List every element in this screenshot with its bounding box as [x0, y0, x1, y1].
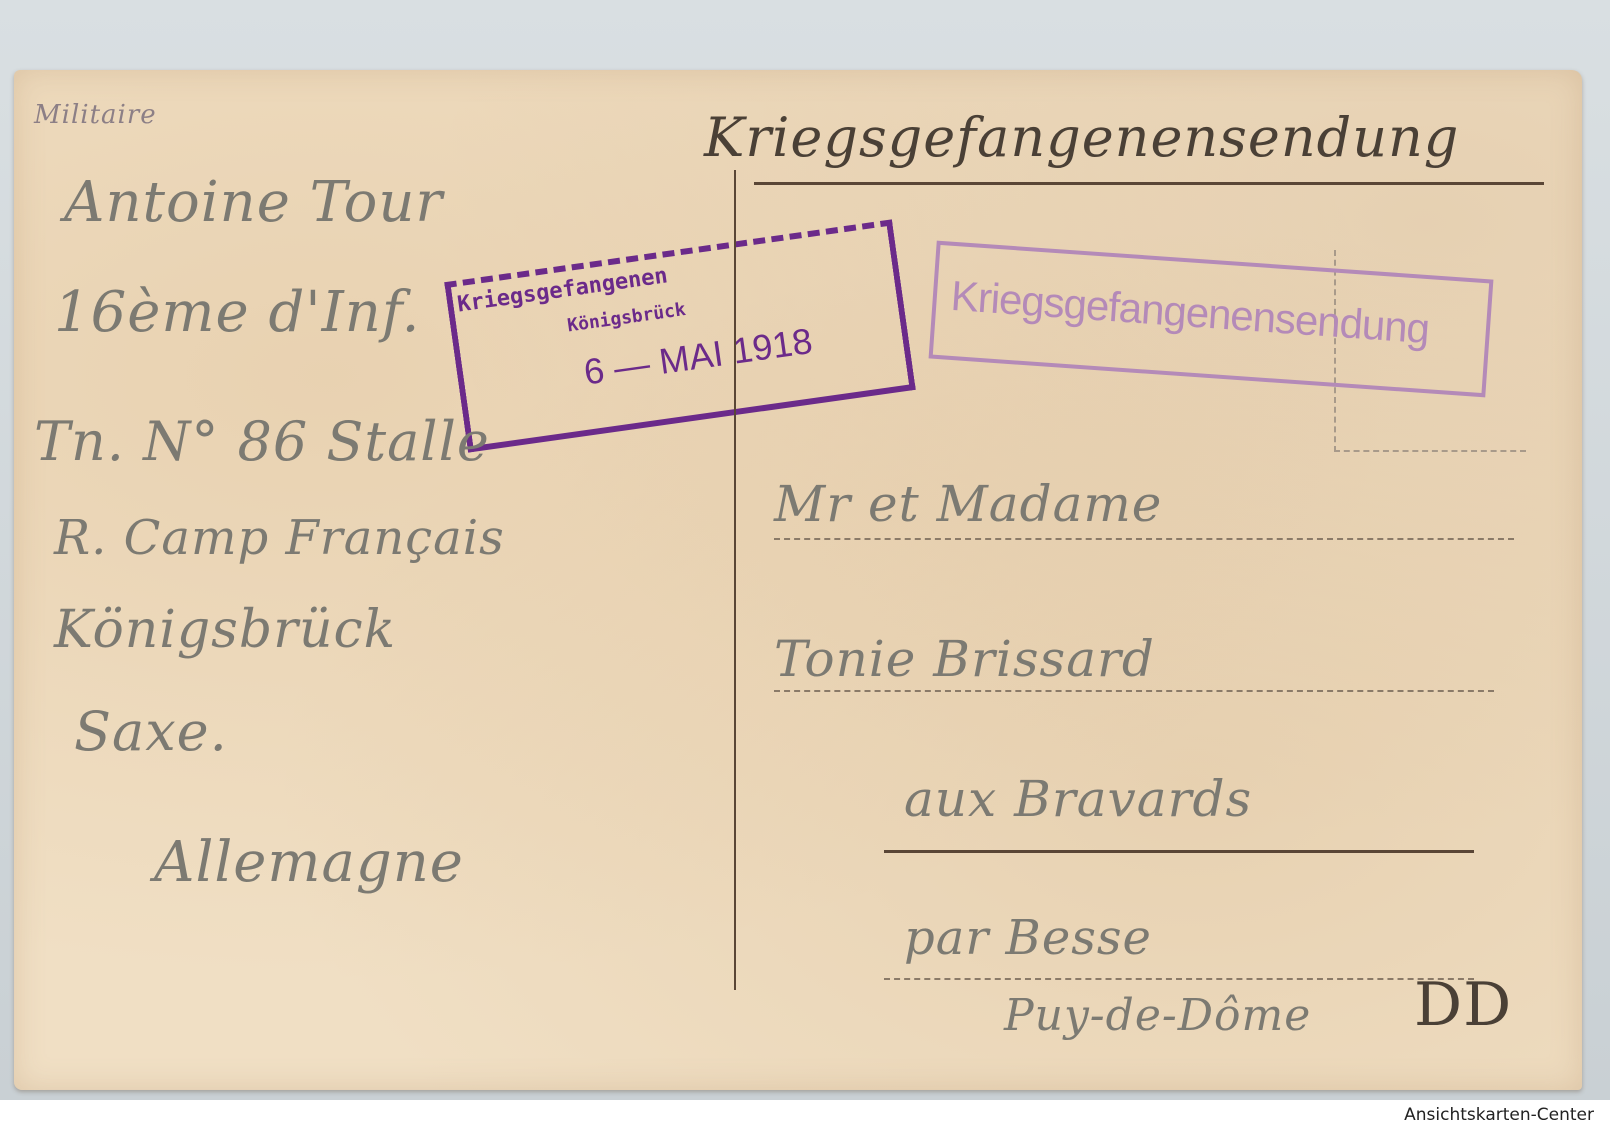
watermark: Ansichtskarten-Center [1404, 1105, 1594, 1125]
address-line-2 [774, 690, 1494, 692]
recipient-line3: aux Bravards [904, 770, 1252, 828]
card-divider [734, 170, 736, 990]
recipient-line5: Puy-de-Dôme [1004, 990, 1311, 1041]
franchise-stamp-text: Kriegsgefangenensendung [949, 272, 1430, 353]
censor-stamp: Kriegsgefangenen Königsbrück 6 — MAI 191… [444, 219, 916, 452]
sender-city: Königsbrück [54, 600, 396, 660]
recipient-line2: Tonie Brissard [774, 630, 1155, 688]
recipient-line4: par Besse [904, 910, 1152, 966]
address-line-4 [884, 978, 1474, 980]
header-underline [754, 182, 1544, 185]
censor-stamp-date: 6 — MAI 1918 [581, 320, 815, 394]
sender-camp: R. Camp Français [54, 510, 505, 566]
recipient-line1: Mr et Madame [774, 475, 1162, 533]
postcard-back: Kriegsgefangenensendung Kriegsgefangenen… [14, 70, 1582, 1090]
address-line-3 [884, 850, 1474, 853]
sender-name: Antoine Tour [64, 170, 443, 235]
sender-country: Allemagne [154, 830, 464, 895]
header-handwriting: Kriegsgefangenensendung [704, 106, 1459, 169]
address-line-1 [774, 538, 1514, 540]
sender-line-militaire: Militaire [34, 100, 157, 130]
sender-regiment: 16ème d'Inf. [54, 280, 420, 345]
sender-unit: Tn. N° 86 Stalle [34, 410, 490, 473]
corner-mark: DD [1414, 970, 1512, 1040]
sender-region: Saxe. [74, 700, 228, 763]
censor-stamp-line2: Königsbrück [566, 299, 687, 336]
